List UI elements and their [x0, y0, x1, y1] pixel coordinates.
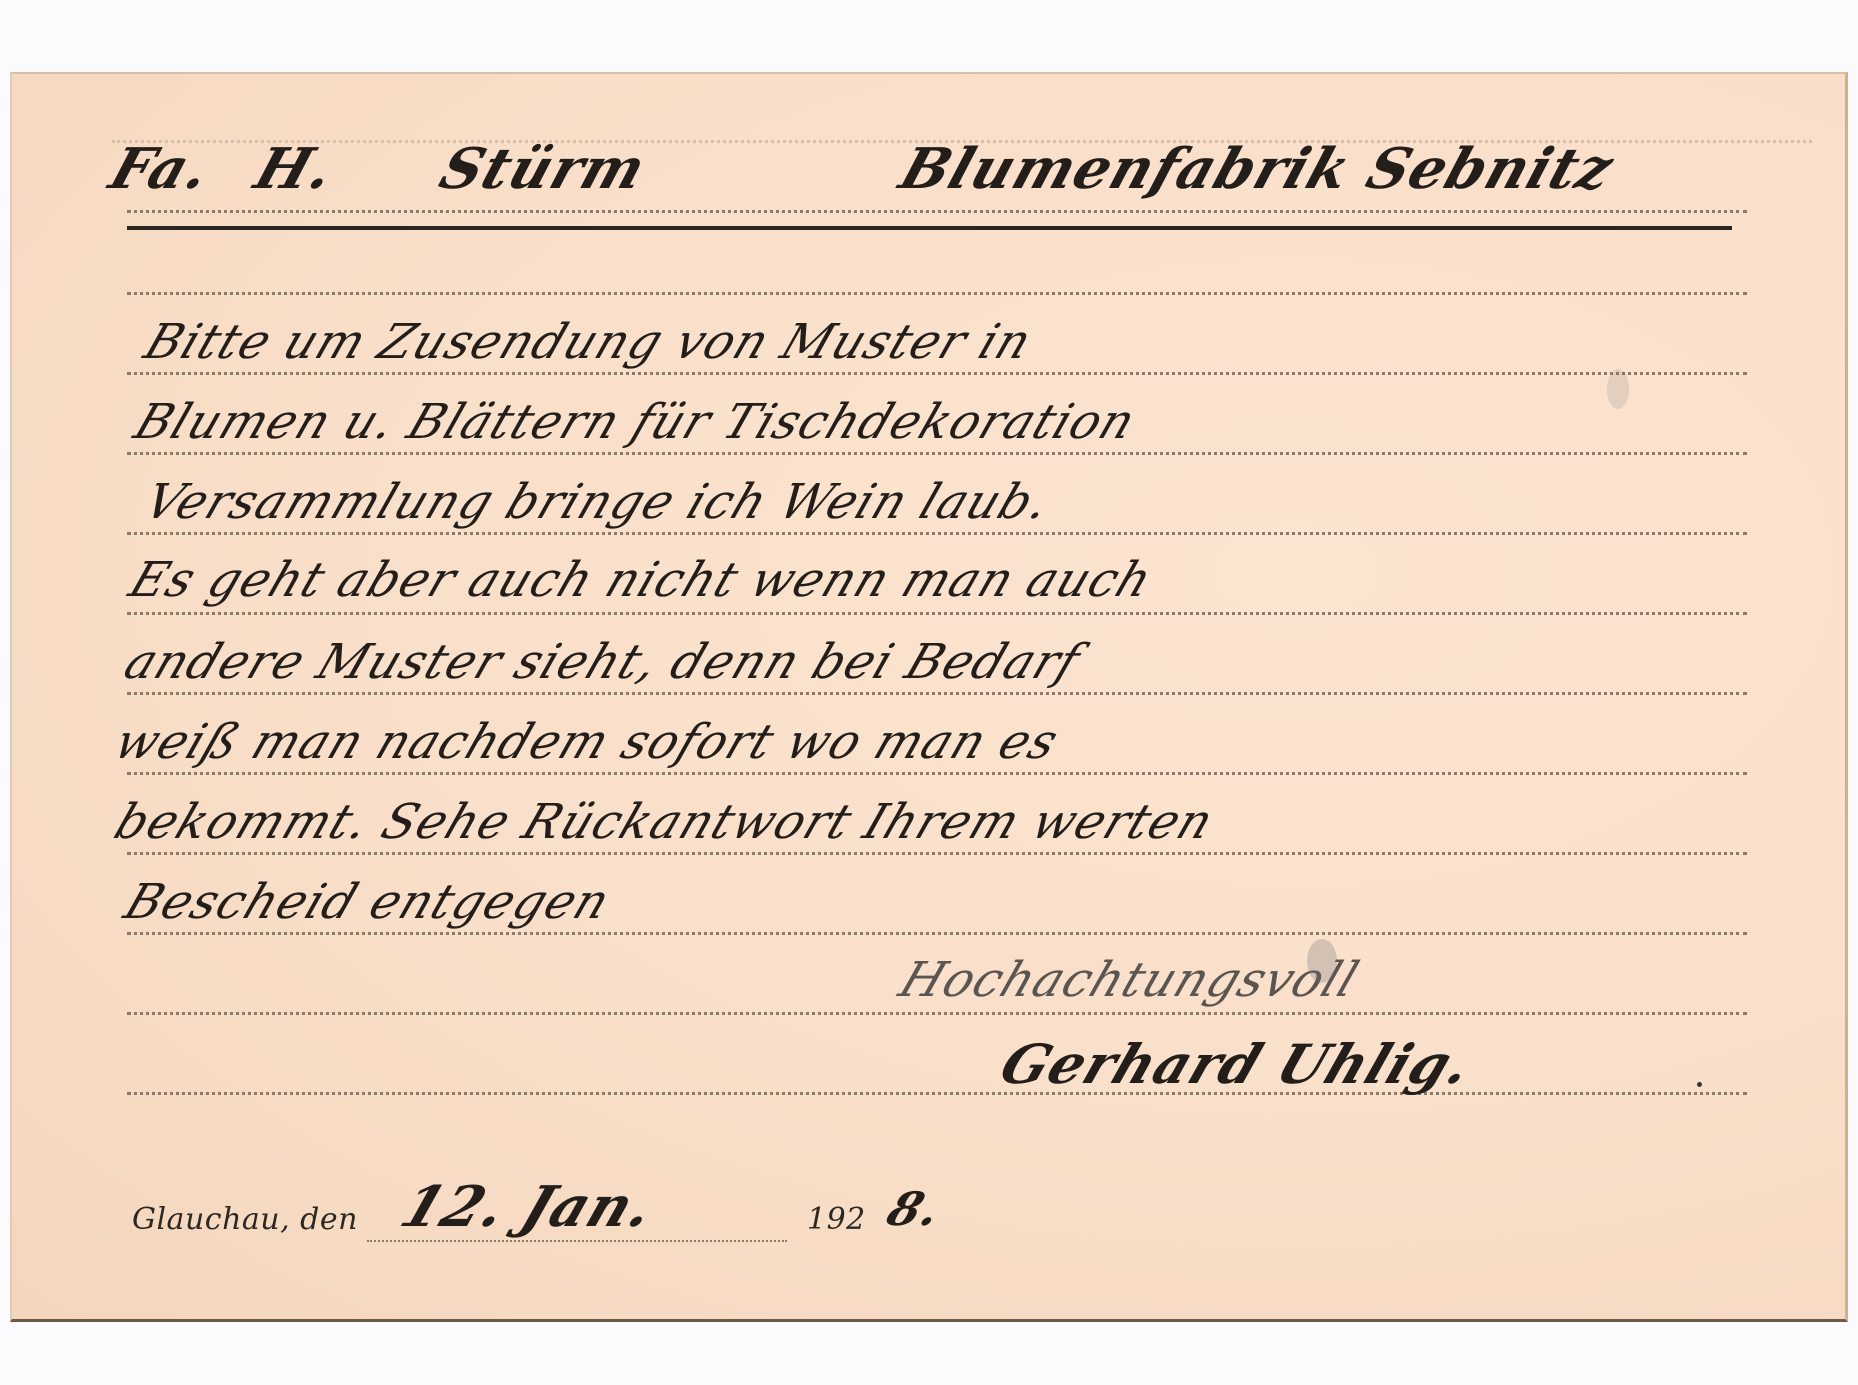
body-line-8: Bescheid entgegen	[117, 874, 618, 930]
body-line-5: andere Muster sieht, denn bei Bedarf	[117, 634, 1088, 690]
ink-stain	[1307, 939, 1337, 983]
year-digit-handwritten: 8.	[880, 1182, 950, 1236]
body-rule	[127, 292, 1747, 295]
body-rule	[127, 772, 1747, 775]
date-dotted-rule	[367, 1240, 787, 1242]
address-company: Blumenfabrik Sebnitz	[892, 136, 1622, 202]
date-handwritten: 12. Jan.	[392, 1174, 664, 1240]
address-heavy-rule	[127, 226, 1732, 230]
address-prefix: Fa.	[102, 136, 219, 202]
body-line-1: Bitte um Zusendung von Muster in	[137, 314, 1040, 370]
body-line-3: Versammlung bringe ich Wein laub.	[137, 474, 1058, 530]
body-line-7: bekommt. Sehe Rückantwort Ihrem werten	[107, 794, 1222, 850]
address-dotted-rule	[127, 210, 1747, 213]
ink-stain	[1607, 369, 1629, 409]
body-line-6: weiß man nachdem sofort wo man es	[107, 714, 1066, 770]
body-rule	[127, 692, 1747, 695]
body-rule	[127, 532, 1747, 535]
signature: Gerhard Uhlig.	[992, 1032, 1481, 1096]
ink-speck	[1697, 1082, 1702, 1087]
printed-place: Glauchau, den	[132, 1202, 358, 1237]
printed-year: 192	[807, 1202, 866, 1237]
body-line-4: Es geht aber auch nicht wenn man auch	[122, 552, 1160, 608]
body-line-2: Blumen u. Blättern für Tischdekoration	[127, 394, 1144, 450]
address-surname: Stürm	[432, 136, 654, 202]
body-rule	[127, 1092, 1747, 1095]
body-rule	[127, 452, 1747, 455]
address-salutation: H.	[247, 136, 343, 202]
postcard: Fa. H. Stürm Blumenfabrik Sebnitz Bitte …	[10, 72, 1848, 1322]
body-rule	[127, 852, 1747, 855]
closing: Hochachtungsvoll	[892, 952, 1367, 1008]
body-rule	[127, 372, 1747, 375]
body-rule	[127, 932, 1747, 935]
body-rule	[127, 1012, 1747, 1015]
body-rule	[127, 612, 1747, 615]
